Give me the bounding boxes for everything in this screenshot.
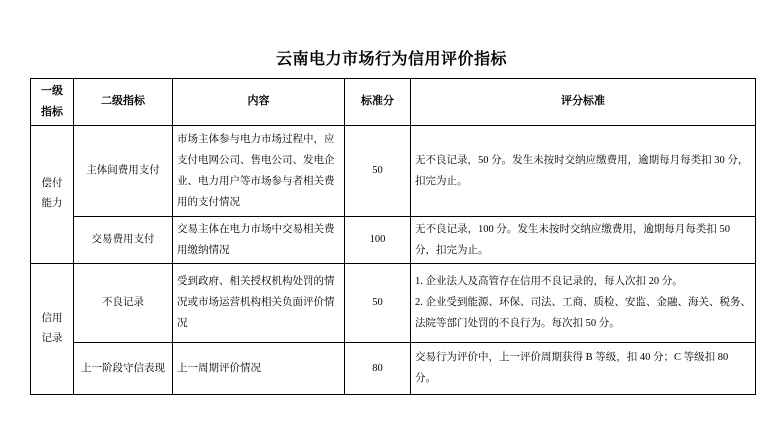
- criteria-cell: 1. 企业法人及高管存在信用不良记录的，每人次扣 20 分。 2. 企业受到能源…: [411, 263, 756, 342]
- column-header-level2-indicator: 二级指标: [74, 79, 173, 126]
- content-cell: 交易主体在电力市场中交易相关费用缴纳情况: [173, 216, 345, 263]
- score-cell: 80: [345, 342, 411, 394]
- category-label: 信用记录: [42, 309, 63, 349]
- category-cell-payment-ability: 偿付能力: [31, 125, 74, 263]
- category-cell-credit-record: 信用记录: [31, 263, 74, 394]
- category-label: 偿付能力: [42, 174, 63, 214]
- score-cell: 50: [345, 125, 411, 216]
- criteria-cell: 交易行为评价中，上一评价周期获得 B 等级，扣 40 分；C 等级扣 80 分。: [411, 342, 756, 394]
- content-cell: 受到政府、相关授权机构处罚的情况或市场运营机构相关负面评价情况: [173, 263, 345, 342]
- criteria-cell: 无不良记录，100 分。发生未按时交纳应缴费用，逾期每月每类扣 50 分，扣完为…: [411, 216, 756, 263]
- table-row: 交易费用支付 交易主体在电力市场中交易相关费用缴纳情况 100 无不良记录，10…: [31, 216, 756, 263]
- column-header-standard-score: 标准分: [345, 79, 411, 126]
- content-cell: 上一周期评价情况: [173, 342, 345, 394]
- page-title: 云南电力市场行为信用评价指标: [0, 46, 783, 69]
- criteria-cell: 无不良记录，50 分。发生未按时交纳应缴费用，逾期每月每类扣 30 分，扣完为止…: [411, 125, 756, 216]
- column-header-scoring-criteria: 评分标准: [411, 79, 756, 126]
- document-page: 云南电力市场行为信用评价指标 一级指标 二级指标 内容 标准分 评分标准 偿付能…: [0, 0, 783, 422]
- table-header-row: 一级指标 二级指标 内容 标准分 评分标准: [31, 79, 756, 126]
- indicator-cell: 不良记录: [74, 263, 173, 342]
- column-header-level1-label: 一级指标: [41, 81, 63, 123]
- credit-evaluation-table: 一级指标 二级指标 内容 标准分 评分标准 偿付能力 主体间费用支付 市场主体参…: [30, 78, 756, 395]
- score-cell: 50: [345, 263, 411, 342]
- column-header-level1-indicator: 一级指标: [31, 79, 74, 126]
- content-cell: 市场主体参与电力市场过程中，应支付电网公司、售电公司、发电企业、电力用户等市场参…: [173, 125, 345, 216]
- table-row: 信用记录 不良记录 受到政府、相关授权机构处罚的情况或市场运营机构相关负面评价情…: [31, 263, 756, 342]
- indicator-cell: 上一阶段守信表现: [74, 342, 173, 394]
- table-row: 偿付能力 主体间费用支付 市场主体参与电力市场过程中，应支付电网公司、售电公司、…: [31, 125, 756, 216]
- indicator-cell: 主体间费用支付: [74, 125, 173, 216]
- score-cell: 100: [345, 216, 411, 263]
- column-header-content: 内容: [173, 79, 345, 126]
- table-row: 上一阶段守信表现 上一周期评价情况 80 交易行为评价中，上一评价周期获得 B …: [31, 342, 756, 394]
- indicator-cell: 交易费用支付: [74, 216, 173, 263]
